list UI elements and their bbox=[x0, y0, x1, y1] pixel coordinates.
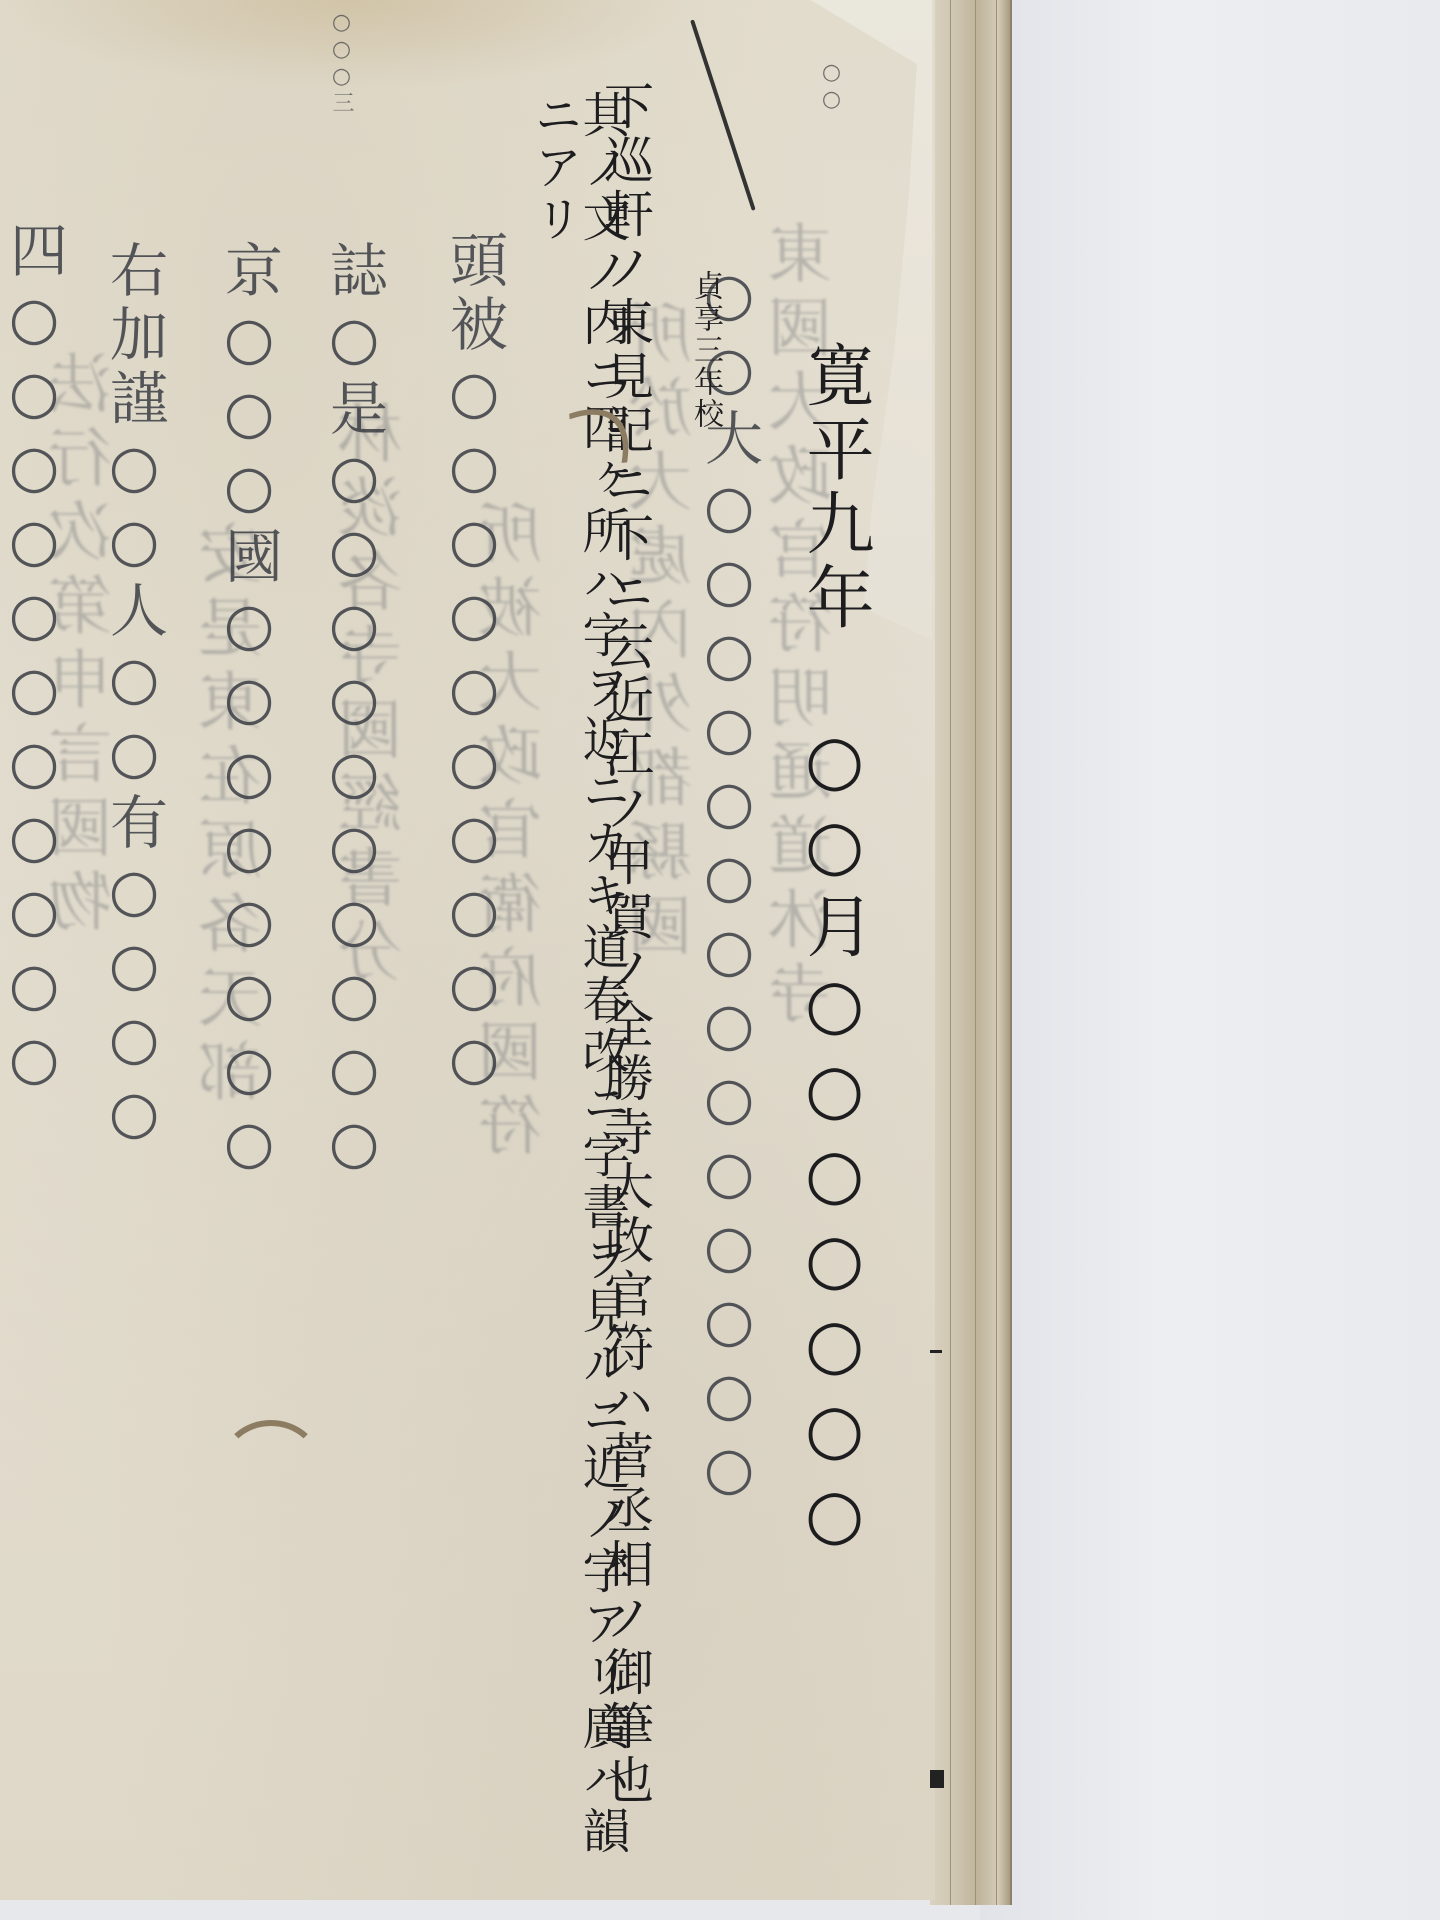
binding-mark bbox=[930, 1770, 944, 1788]
margin-note-top: ○○○三 bbox=[330, 10, 352, 115]
manuscript-page: 東國大政官符明通道沐寺 所於大處內外都縣國 所被大政官衛府國符 林淡各寺國經書分… bbox=[0, 0, 935, 1900]
backdrop bbox=[980, 0, 1440, 1920]
column-7: 誌○是○○○○○○○○○○ bbox=[325, 240, 383, 1182]
margin-stroke bbox=[690, 19, 756, 210]
column-2: ○○大○○○○○○○○○○○○○○ bbox=[700, 260, 758, 1508]
column-8: 京○○○國○○○○○○○○ bbox=[220, 240, 278, 1182]
gloss-annotation: 貞享三年校 bbox=[690, 270, 720, 430]
column-5-annotation: 其ノ文ノ内ニ四ヶ所ハ字ヲ近ニカキ道春改ニ字書ヲ見ルニ近ノ字アリ廣ハ韻ニアリ bbox=[530, 90, 626, 1900]
margin-note-right: ○○ bbox=[820, 60, 842, 114]
binding-mark bbox=[930, 1350, 942, 1353]
column-10: 四○○○○○○○○○○○ bbox=[5, 220, 63, 1098]
wormhole-trail bbox=[220, 1420, 322, 1512]
page-edge bbox=[930, 0, 1012, 1905]
column-1-heading: 寛平九年 ○○月○○○○○○○ bbox=[800, 340, 868, 1560]
column-9: 右加謹○○人○○有○○○○ bbox=[105, 240, 163, 1152]
column-6: 頭被○○○○○○○○○○ bbox=[445, 230, 503, 1098]
